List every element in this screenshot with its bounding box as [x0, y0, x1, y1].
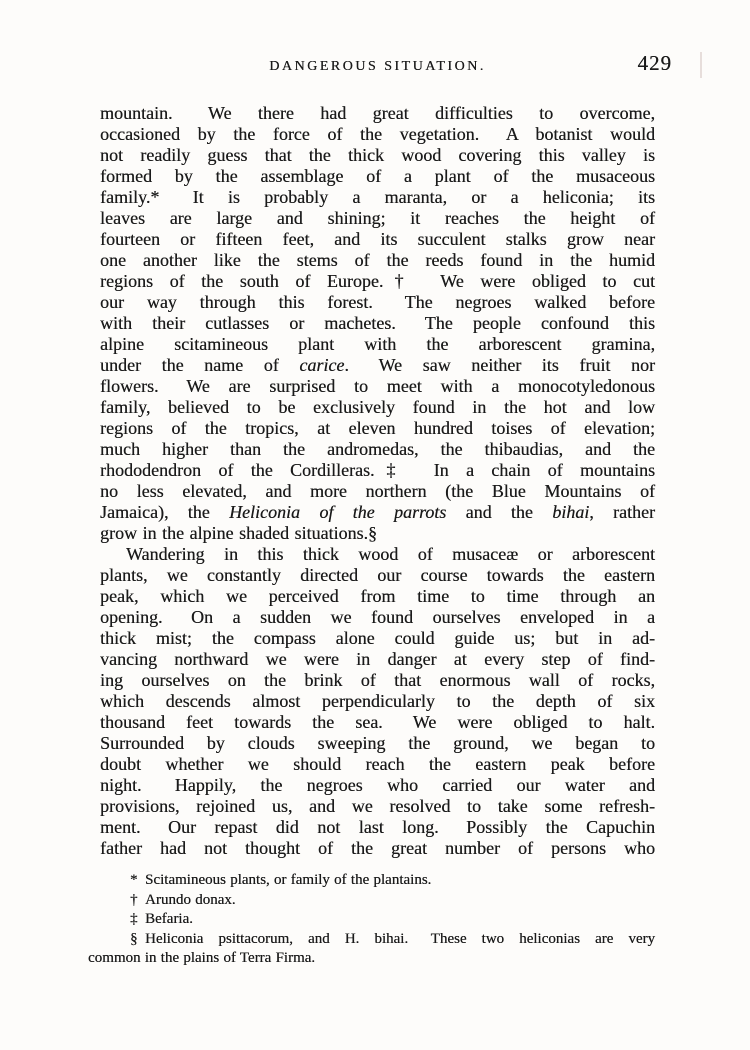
text-line: provisions, rejoined us, and we resolved…	[100, 796, 655, 817]
body-text: mountain. We there had great difficultie…	[100, 103, 655, 859]
text-line: night. Happily, the negroes who carried …	[100, 775, 655, 796]
text-line: family, believed to be exclusively found…	[100, 397, 655, 418]
text-line: under the name of carice. We saw neither…	[100, 355, 655, 376]
text-line: Jamaica), the Heliconia of the parrots a…	[100, 502, 655, 523]
text-line: fourteen or fifteen feet, and its succul…	[100, 229, 655, 250]
footnote-line: ‡ Befaria.	[100, 910, 655, 930]
footnote-line: common in the plains of Terra Firma.	[88, 949, 655, 969]
text-line: doubt whether we should reach the easter…	[100, 754, 655, 775]
paragraph: mountain. We there had great difficultie…	[100, 103, 655, 544]
text-segment: Surrounded by clouds sweeping the ground…	[100, 733, 655, 753]
text-segment: fourteen or fifteen feet, and its succul…	[100, 229, 655, 249]
text-segment: , rather	[589, 502, 655, 522]
text-segment: opening. On a sudden we found ourselves …	[100, 607, 655, 627]
text-segment: occasioned by the force of the vegetatio…	[100, 124, 655, 144]
text-segment: ment. Our repast did not last long. Poss…	[100, 817, 655, 837]
footnote-line: † Arundo donax.	[100, 891, 655, 911]
text-line: formed by the assemblage of a plant of t…	[100, 166, 655, 187]
text-segment: Wandering in this thick wood of musaceæ …	[126, 544, 655, 564]
paragraph: Wandering in this thick wood of musaceæ …	[100, 544, 655, 859]
text-line: which descends almost perpendicularly to…	[100, 691, 655, 712]
text-line: opening. On a sudden we found ourselves …	[100, 607, 655, 628]
text-line: much higher than the andromedas, the thi…	[100, 439, 655, 460]
text-segment: no less elevated, and more northern (the…	[100, 481, 655, 501]
text-line: ment. Our repast did not last long. Poss…	[100, 817, 655, 838]
text-line: grow in the alpine shaded situations.§	[100, 523, 655, 544]
italic-text: Heliconia of the parrots	[229, 502, 446, 522]
text-line: peak, which we perceived from time to ti…	[100, 586, 655, 607]
text-segment: peak, which we perceived from time to ti…	[100, 586, 655, 606]
text-segment: one another like the stems of the reeds …	[100, 250, 655, 270]
text-line: flowers. We are surprised to meet with a…	[100, 376, 655, 397]
text-segment: vancing northward we were in danger at e…	[100, 649, 655, 669]
text-segment: flowers. We are surprised to meet with a…	[100, 376, 655, 396]
page-header: DANGEROUS SITUATION. 429	[100, 58, 655, 76]
text-segment: ing ourselves on the brink of that enorm…	[100, 670, 655, 690]
text-line: plants, we constantly directed our cours…	[100, 565, 655, 586]
text-segment: Jamaica), the	[100, 502, 229, 522]
text-line: no less elevated, and more northern (the…	[100, 481, 655, 502]
text-segment: leaves are large and shining; it reaches…	[100, 208, 655, 228]
text-segment: ‡ Befaria.	[130, 911, 193, 927]
text-segment: night. Happily, the negroes who carried …	[100, 775, 655, 795]
text-segment: rhododendron of the Cordilleras.‡ In a c…	[100, 460, 655, 480]
text-line: regions of the south of Europe.† We were…	[100, 271, 655, 292]
text-segment: with their cutlasses or machetes. The pe…	[100, 313, 655, 333]
text-segment: § Heliconia psittacorum, and H. bihai. T…	[130, 931, 655, 947]
text-line: not readily guess that the thick wood co…	[100, 145, 655, 166]
text-line: leaves are large and shining; it reaches…	[100, 208, 655, 229]
text-segment: under the name of	[100, 355, 299, 375]
text-line: thick mist; the compass alone could guid…	[100, 628, 655, 649]
text-line: ing ourselves on the brink of that enorm…	[100, 670, 655, 691]
text-line: our way through this forest. The negroes…	[100, 292, 655, 313]
text-segment: not readily guess that the thick wood co…	[100, 145, 655, 165]
text-segment: . We saw neither its fruit nor	[344, 355, 655, 375]
italic-text: carice	[299, 355, 344, 375]
text-segment: thick mist; the compass alone could guid…	[100, 628, 655, 648]
text-line: regions of the tropics, at eleven hundre…	[100, 418, 655, 439]
text-segment: alpine scitamineous plant with the arbor…	[100, 334, 655, 354]
text-line: alpine scitamineous plant with the arbor…	[100, 334, 655, 355]
footnote-line: * Scitamineous plants, or family of the …	[100, 871, 655, 891]
page-content: DANGEROUS SITUATION. 429 mountain. We th…	[100, 58, 655, 969]
text-line: with their cutlasses or machetes. The pe…	[100, 313, 655, 334]
text-segment: * Scitamineous plants, or family of the …	[130, 872, 431, 888]
text-segment: which descends almost perpendicularly to…	[100, 691, 655, 711]
text-segment: and the	[446, 502, 552, 522]
text-line: family.* It is probably a maranta, or a …	[100, 187, 655, 208]
text-segment: father had not thought of the great numb…	[100, 838, 655, 858]
italic-text: bihai	[552, 502, 589, 522]
text-segment: doubt whether we should reach the easter…	[100, 754, 655, 774]
text-line: father had not thought of the great numb…	[100, 838, 655, 859]
page-number: 429	[638, 51, 673, 75]
text-segment: formed by the assemblage of a plant of t…	[100, 166, 655, 186]
text-line: rhododendron of the Cordilleras.‡ In a c…	[100, 460, 655, 481]
text-line: thousand feet towards the sea. We were o…	[100, 712, 655, 733]
text-segment: † Arundo donax.	[130, 892, 236, 908]
text-segment: grow in the alpine shaded situations.§	[100, 523, 377, 543]
text-segment: thousand feet towards the sea. We were o…	[100, 712, 655, 732]
text-line: mountain. We there had great difficultie…	[100, 103, 655, 124]
book-page: DANGEROUS SITUATION. 429 mountain. We th…	[0, 0, 750, 1050]
text-segment: family, believed to be exclusively found…	[100, 397, 655, 417]
text-segment: plants, we constantly directed our cours…	[100, 565, 655, 585]
text-line: Surrounded by clouds sweeping the ground…	[100, 733, 655, 754]
text-line: Wandering in this thick wood of musaceæ …	[100, 544, 655, 565]
text-segment: our way through this forest. The negroes…	[100, 292, 655, 312]
text-line: vancing northward we were in danger at e…	[100, 649, 655, 670]
text-segment: mountain. We there had great difficultie…	[100, 103, 655, 123]
footnotes: * Scitamineous plants, or family of the …	[100, 871, 655, 969]
text-segment: regions of the tropics, at eleven hundre…	[100, 418, 655, 438]
running-title: DANGEROUS SITUATION.	[100, 58, 655, 76]
footnote-line: § Heliconia psittacorum, and H. bihai. T…	[100, 930, 655, 950]
text-segment: regions of the south of Europe.† We were…	[100, 271, 655, 291]
text-segment: much higher than the andromedas, the thi…	[100, 439, 655, 459]
scan-artifact	[700, 52, 702, 78]
text-segment: common in the plains of Terra Firma.	[88, 950, 315, 966]
text-line: occasioned by the force of the vegetatio…	[100, 124, 655, 145]
text-segment: provisions, rejoined us, and we resolved…	[100, 796, 655, 816]
text-segment: family.* It is probably a maranta, or a …	[100, 187, 655, 207]
text-line: one another like the stems of the reeds …	[100, 250, 655, 271]
